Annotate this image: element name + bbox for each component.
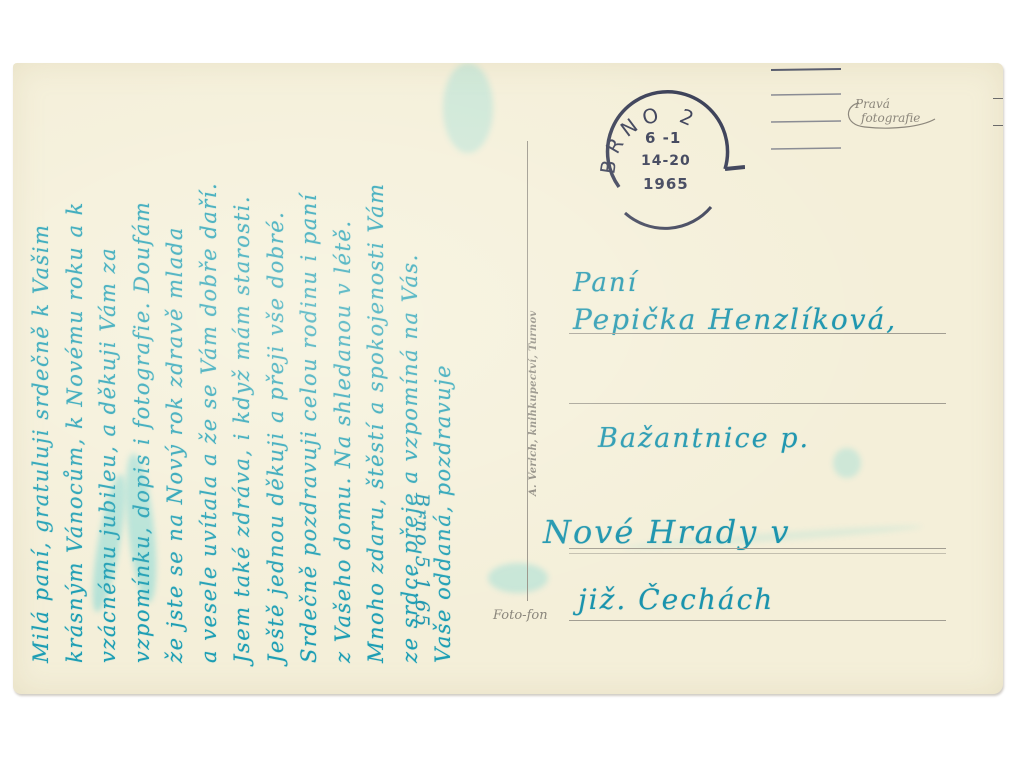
address-rule [569, 553, 946, 554]
postmark-year: 1965 [643, 175, 689, 193]
edge-mark [993, 125, 1003, 126]
address-line2: Pepička Henzlíková, [573, 303, 897, 336]
handwritten-message: Milá paní, gratuluji srdečně k Vašimkrás… [25, 63, 505, 663]
message-line: krásným Vánocům, k Novému roku a k [59, 63, 93, 663]
message-line: Jsem také zdráva, i když mám starosti. [226, 63, 260, 663]
address-rule [569, 333, 946, 334]
edge-mark [993, 98, 1003, 99]
date-line: Brno 5.1.65 [411, 493, 433, 628]
postmark: BRNO 2 6 -1 14-20 1965 [585, 83, 745, 243]
address-rule [569, 403, 946, 404]
message-line: Ještě jednou děkuji a přeji vše dobré. [260, 63, 294, 663]
message-line: z Vašeho domu. Na shledanou v létě. [327, 63, 361, 663]
message-line: Srdečně pozdravuji celou rodinu i paní [293, 63, 327, 663]
publisher-imprint: A. Verich, knihkupectví, Turnov [528, 258, 544, 548]
message-line: Mnoho zdaru, štěstí a spokojenosti Vám [360, 63, 394, 663]
postmark-time: 14-20 [641, 153, 691, 169]
postmark-date: 6 -1 [645, 129, 681, 147]
address-rule [569, 620, 946, 621]
address-line4: Nové Hrady v [543, 513, 791, 551]
ink-blot [833, 448, 861, 478]
message-line: a vesele uvítala a že se Vám dobře daří. [193, 63, 227, 663]
photo-credit: Foto-fon [493, 608, 548, 623]
brand-line1: Pravá [855, 97, 890, 111]
postcard: Milá paní, gratuluji srdečně k Vašimkrás… [13, 63, 1003, 694]
message-line: Milá paní, gratuluji srdečně k Vašim [25, 63, 59, 663]
address-line1: Paní [573, 268, 638, 298]
brand-line2: fotografie [861, 111, 920, 125]
message-line: vzpomínku, dopis i fotografie. Doufám [126, 63, 160, 663]
cancellation-lines [771, 63, 851, 163]
brand-logo: Pravá fotografie [841, 97, 937, 137]
address-line5: již. Čechách [578, 583, 774, 616]
message-line: že jste se na Nový rok zdravě mlada [159, 63, 193, 663]
message-line: vzácnému jubileu, a děkuji Vám za [92, 63, 126, 663]
address-rule [569, 548, 946, 549]
address-line3: Bažantnice p. [598, 423, 810, 454]
